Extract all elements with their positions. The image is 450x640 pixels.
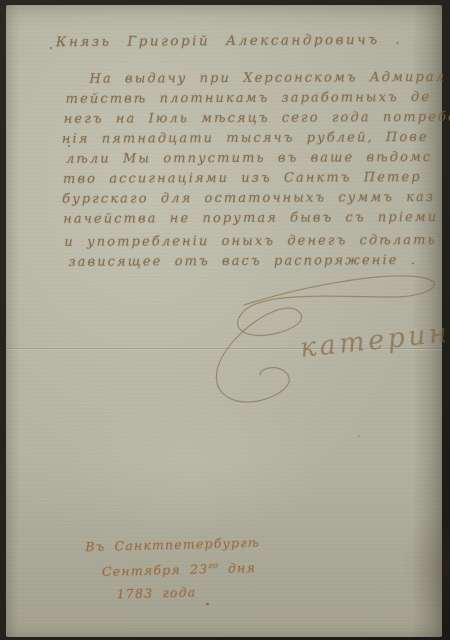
signature-ekaterina: катерина — [156, 265, 450, 415]
body-line: тействѣ плотникамъ заработныхъ де — [66, 88, 446, 110]
body-line: начейства не порутая бывъ съ пріеми — [63, 208, 446, 230]
body-text: На выдачу при Херсонскомъ Адмирал тейств… — [5, 68, 446, 273]
ink-speck — [68, 145, 70, 147]
body-line: и употребленіи оныхъ денегъ сдѣлать — [64, 231, 446, 253]
dateline-day-word: дня — [219, 560, 257, 576]
dateline-day: Сентября 23го дня — [102, 554, 261, 583]
paper-fleck — [358, 435, 360, 437]
ink-speck — [50, 47, 52, 49]
signature-text: катерина — [298, 315, 450, 364]
dateline-day-ordinal: го — [208, 561, 219, 571]
photo-frame: Князь Григорій Александровичъ . На выдач… — [0, 0, 450, 640]
dateline-block: Въ Санктпетербургѣ Сентября 23го дня 178… — [85, 531, 261, 607]
dateline-day-number: Сентября 23 — [102, 561, 209, 579]
manuscript-page: Князь Григорій Александровичъ . На выдач… — [6, 5, 442, 637]
body-line: тво ассигнаціями изъ Санктъ Петер — [63, 168, 446, 190]
paper-fleck — [206, 603, 209, 605]
salutation-line: Князь Григорій Александровичъ . — [56, 32, 402, 50]
paper-highlight — [66, 395, 326, 535]
dateline-year: 1783 года — [116, 579, 261, 606]
body-line: негъ на Іюль мѣсяцъ сего года потребо — [64, 108, 446, 130]
body-line: лѣли Мы отпустить въ ваше вѣдомс — [66, 148, 446, 170]
corner-stain — [401, 510, 450, 620]
body-line: бургскаго для остаточныхъ суммъ каз — [62, 188, 446, 210]
body-line: нія пятнадцати тысячъ рублей, Пове — [62, 128, 446, 150]
body-line: На выдачу при Херсонскомъ Адмирал — [89, 68, 445, 90]
